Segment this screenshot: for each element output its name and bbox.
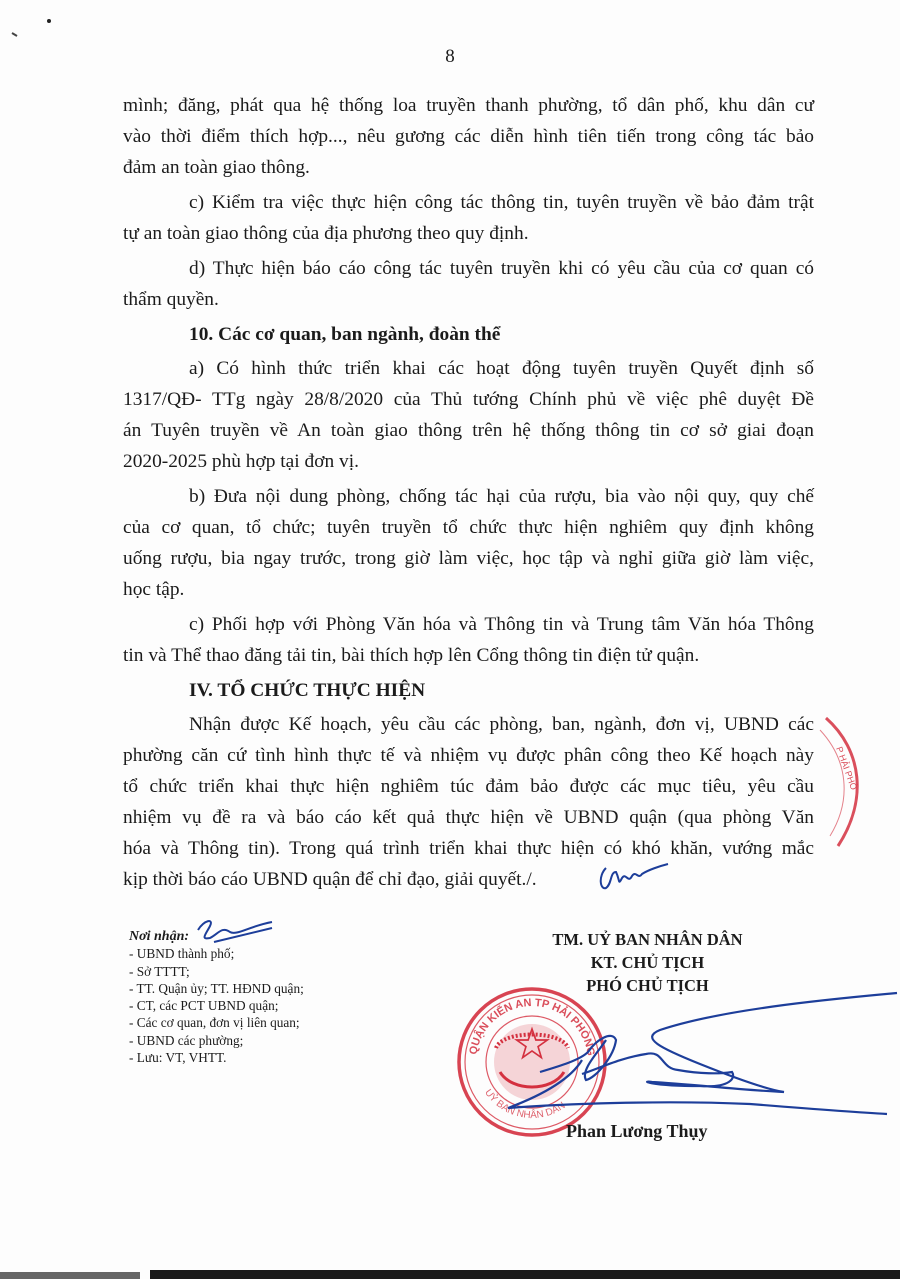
- signer-name: Phan Lương Thụy: [566, 1121, 708, 1142]
- recipient-item: - UBND các phường;: [129, 1032, 304, 1049]
- recipient-item: - TT. Quận ủy; TT. HĐND quận;: [129, 980, 304, 997]
- signature-line-3: PHÓ CHỦ TỊCH: [480, 974, 815, 997]
- recipient-item: - Lưu: VT, VHTT.: [129, 1049, 304, 1066]
- signature-line-2: KT. CHỦ TỊCH: [480, 951, 815, 974]
- body-line: tin và Thể thao đăng tải tin, bài thích …: [123, 645, 814, 667]
- svg-text:UỶ BAN NHÂN DÂN: UỶ BAN NHÂN DÂN: [482, 1087, 567, 1121]
- recipient-item: - Sở TTTT;: [129, 963, 304, 980]
- section-heading: IV. TỔ CHỨC THỰC HIỆN: [189, 680, 814, 702]
- recipient-item: - UBND thành phố;: [129, 945, 304, 962]
- side-seal-icon: P HẢI PHÒ: [820, 718, 860, 846]
- body-line: hóa và Thông tin). Trong quá trình triển…: [123, 838, 814, 860]
- body-line: học tập.: [123, 579, 814, 601]
- body-line: b) Đưa nội dung phòng, chống tác hại của…: [189, 486, 814, 508]
- signature-line-1: TM. UỶ BAN NHÂN DÂN: [480, 928, 815, 951]
- page-number: 8: [0, 46, 900, 68]
- recipients-title: Nơi nhận:: [129, 928, 304, 945]
- body-line: kịp thời báo cáo UBND quận để chỉ đạo, g…: [123, 869, 814, 891]
- body-line: nhiệm vụ đề ra và báo cáo kết quả thực h…: [123, 807, 814, 829]
- body-line: tự an toàn giao thông của địa phương the…: [123, 223, 814, 245]
- body-line: Nhận được Kế hoạch, yêu cầu các phòng, b…: [189, 714, 814, 736]
- svg-text:QUẬN KIẾN AN TP HẢI PHÒNG: QUẬN KIẾN AN TP HẢI PHÒNG: [467, 997, 596, 1057]
- body-line: d) Thực hiện báo cáo công tác tuyên truy…: [189, 258, 814, 280]
- body-line: tổ chức triển khai thực hiện nghiêm túc …: [123, 776, 814, 798]
- section-heading: 10. Các cơ quan, ban ngành, đoàn thể: [189, 324, 814, 346]
- body-line: 2020-2025 phù hợp tại đơn vị.: [123, 451, 814, 473]
- recipient-item: - CT, các PCT UBND quận;: [129, 997, 304, 1014]
- body-line: thẩm quyền.: [123, 289, 814, 311]
- svg-text:P HẢI PHÒ: P HẢI PHÒ: [834, 745, 860, 791]
- body-line: mình; đăng, phát qua hệ thống loa truyền…: [123, 95, 814, 117]
- scan-edge-bottom: [150, 1270, 900, 1279]
- body-line: c) Phối hợp với Phòng Văn hóa và Thông t…: [189, 614, 814, 636]
- body-line: 1317/QĐ- TTg ngày 28/8/2020 của Thủ tướn…: [123, 389, 814, 411]
- main-signature-icon: [508, 993, 897, 1114]
- body-line: đảm an toàn giao thông.: [123, 157, 814, 179]
- scan-edge-left: [0, 1272, 140, 1279]
- body-line: án Tuyên truyền về An toàn giao thông tr…: [123, 420, 814, 442]
- scan-speck: [47, 19, 51, 23]
- body-line: phường căn cứ tình hình thực tế và nhiệm…: [123, 745, 814, 767]
- body-line: c) Kiểm tra việc thực hiện công tác thôn…: [189, 192, 814, 214]
- body-line: vào thời điểm thích hợp..., nêu gương cá…: [123, 126, 814, 148]
- recipients-list: Nơi nhận: - UBND thành phố;- Sở TTTT;- T…: [129, 928, 304, 1066]
- body-line: uống rượu, bia ngay trước, trong giờ làm…: [123, 548, 814, 570]
- body-line: a) Có hình thức triển khai các hoạt động…: [189, 358, 814, 380]
- recipient-item: - Các cơ quan, đơn vị liên quan;: [129, 1014, 304, 1031]
- body-line: của cơ quan, tổ chức; tuyên truyền tổ ch…: [123, 517, 814, 539]
- signature-block: TM. UỶ BAN NHÂN DÂN KT. CHỦ TỊCH PHÓ CHỦ…: [480, 928, 815, 997]
- scan-speck: [12, 33, 17, 36]
- official-seal-icon: QUẬN KIẾN AN TP HẢI PHÒNG UỶ BAN NHÂN DÂ…: [459, 989, 605, 1135]
